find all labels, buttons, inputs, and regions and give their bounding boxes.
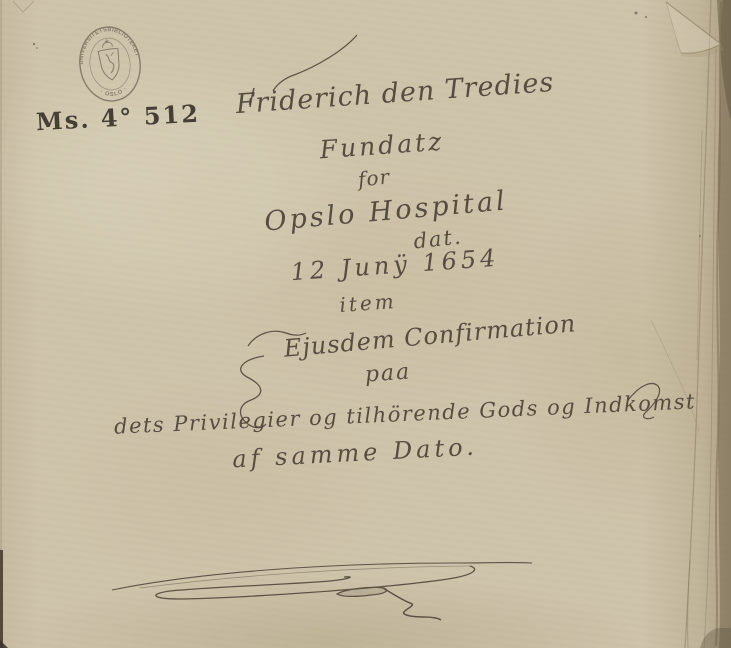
manuscript-scan: UNIVERSITETSBIBLIOTEKET · OSLO · bbox=[0, 0, 731, 648]
manuscript-line: for bbox=[357, 164, 391, 191]
manuscript-line: paa bbox=[364, 359, 412, 387]
manuscript-line: item bbox=[339, 289, 398, 317]
